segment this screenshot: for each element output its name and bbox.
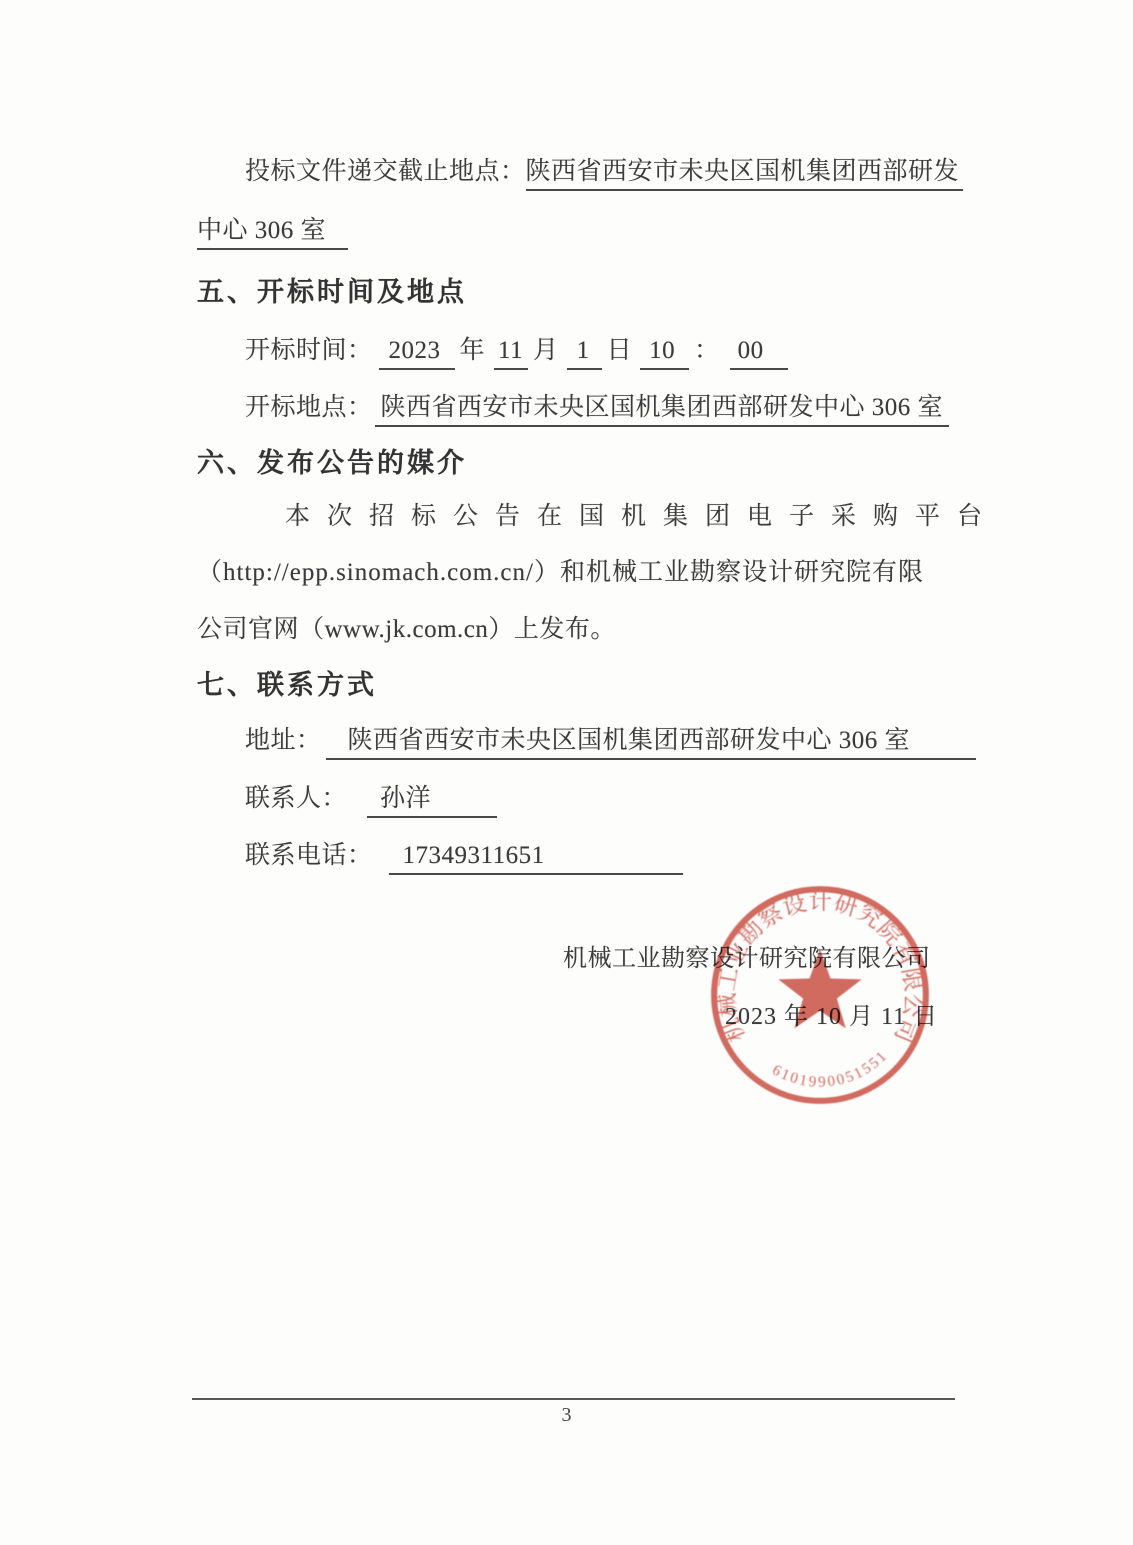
section6-title: 六、发布公告的媒介 (197, 448, 467, 479)
open-time-month: 11 (494, 337, 528, 370)
media-body-line2: （http://epp.sinomach.com.cn/）和机械工业勘察设计研究… (197, 559, 924, 588)
contact-person-label: 联系人： (245, 785, 347, 812)
open-place-line: 开标地点：陕西省西安市未央区国机集团西部研发中心 306 室 (245, 394, 949, 427)
address-line: 地址：陕西省西安市未央区国机集团西部研发中心 306 室 (245, 727, 976, 760)
deadline-place-line2: 中心 306 室 (197, 217, 348, 250)
document-page: 投标文件递交截止地点：陕西省西安市未央区国机集团西部研发 中心 306 室 五、… (0, 0, 1133, 1545)
deadline-place-label: 投标文件递交截止地点： (245, 158, 526, 185)
section7-title: 七、联系方式 (197, 670, 377, 701)
address-value: 陕西省西安市未央区国机集团西部研发中心 306 室 (326, 727, 977, 760)
contact-person-line: 联系人：孙洋 (245, 785, 497, 818)
contact-phone-value: 17349311651 (389, 842, 683, 875)
company-seal: 机械工业勘察设计研究院有限公司 6101990051551 (706, 881, 934, 1109)
page-number: 3 (0, 1404, 1133, 1427)
deadline-place-value-part1: 陕西省西安市未央区国机集团西部研发 (526, 158, 964, 191)
seal-star-icon (778, 949, 861, 1028)
contact-person-value: 孙洋 (367, 785, 497, 818)
media-body-line3: 公司官网（www.jk.com.cn）上发布。 (197, 616, 616, 645)
open-place-value: 陕西省西安市未央区国机集团西部研发中心 306 室 (375, 394, 950, 427)
footer-divider (192, 1398, 955, 1400)
open-place-label: 开标地点： (245, 394, 373, 421)
open-time-label: 开标时间： (245, 337, 373, 364)
section5-title: 五、开标时间及地点 (197, 277, 467, 308)
open-time-month-unit: 月 (533, 337, 559, 364)
open-time-separator: ： (694, 337, 720, 364)
open-time-hour: 10 (640, 337, 689, 370)
contact-phone-line: 联系电话：17349311651 (245, 842, 683, 875)
contact-phone-label: 联系电话： (245, 842, 373, 869)
open-time-line: 开标时间：2023年11月1日10：00 (245, 337, 788, 370)
open-time-year-unit: 年 (460, 337, 486, 364)
open-time-minute: 00 (730, 337, 788, 370)
deadline-place-line1: 投标文件递交截止地点：陕西省西安市未央区国机集团西部研发 (245, 158, 963, 191)
open-time-day-unit: 日 (607, 337, 633, 364)
open-time-day: 1 (567, 337, 602, 370)
address-label: 地址： (245, 727, 322, 754)
deadline-place-value-part2: 中心 306 室 (197, 217, 348, 250)
media-body-line1: 本次招标公告在国机集团电子采购平台 (285, 503, 999, 532)
open-time-year: 2023 (379, 337, 455, 370)
